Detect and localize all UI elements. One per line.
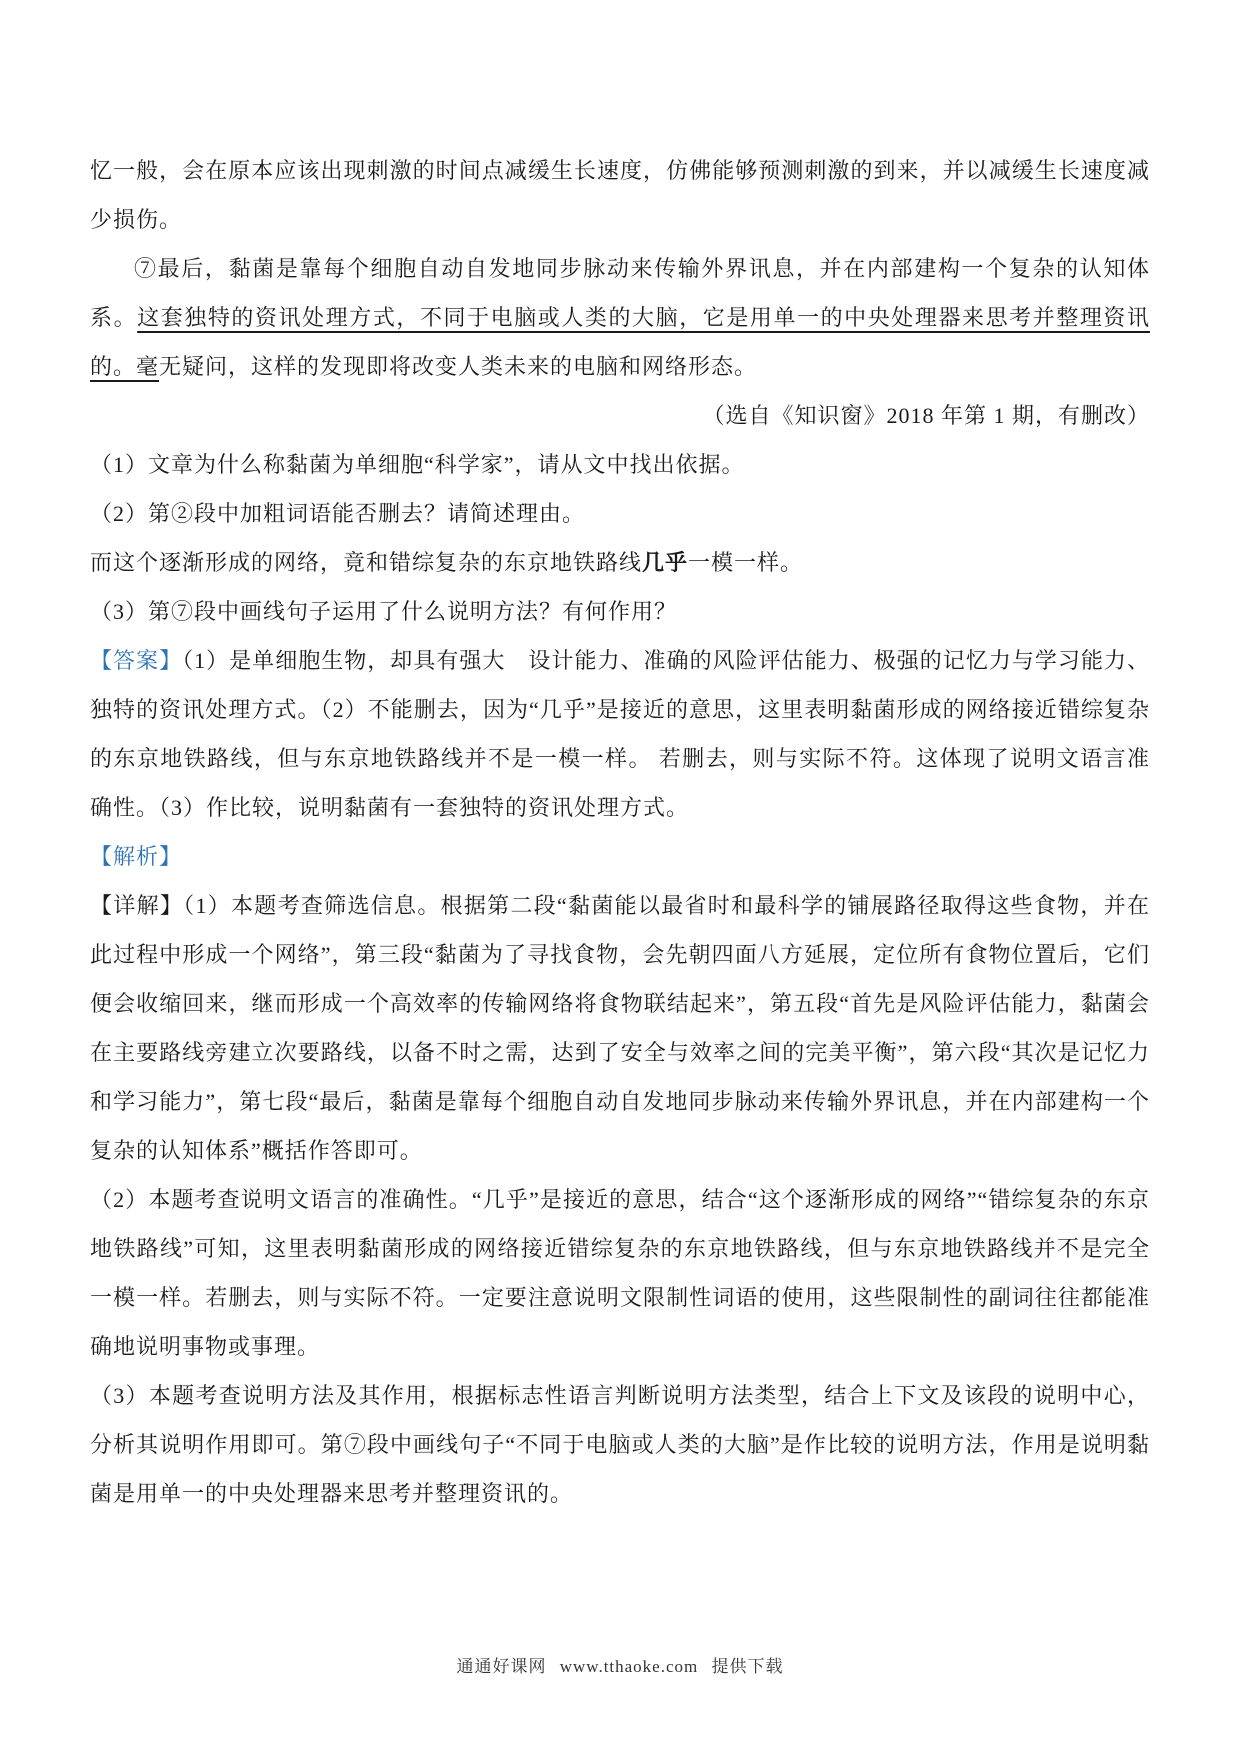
question-1: （1）文章为什么称黏菌为单细胞“科学家”，请从文中找出依据。 xyxy=(90,440,1150,489)
bold-word: 几乎 xyxy=(642,550,688,575)
analysis-label-paragraph: 【解析】 xyxy=(90,832,1150,881)
detail-label: 【详解】 xyxy=(90,893,183,918)
question-3: （3）第⑦段中画线句子运用了什么说明方法？有何作用？ xyxy=(90,587,1150,636)
detail-paragraph-1: 【详解】（1）本题考查筛选信息。根据第二段“黏菌能以最省时和最科学的铺展路径取得… xyxy=(90,881,1150,1175)
detail-paragraph-2: （2）本题考查说明文语言的准确性。“几乎”是接近的意思，结合“这个逐渐形成的网络… xyxy=(90,1175,1150,1371)
page-footer: 通通好课网 www.tthaoke.com 提供下载 xyxy=(0,1652,1240,1677)
question-text: （3）第⑦段中画线句子运用了什么说明方法？有何作用？ xyxy=(90,599,677,624)
question-text: （2）第②段中加粗词语能否删去？请简述理由。 xyxy=(90,501,585,526)
question-2: （2）第②段中加粗词语能否删去？请简述理由。 xyxy=(90,489,1150,538)
paragraph-continuation: 忆一般，会在原本应该出现刺激的时间点减缓生长速度，仿佛能够预测刺激的到来，并以减… xyxy=(90,146,1150,244)
answer-label: 【答案】 xyxy=(90,648,182,673)
quote-text: 一模一样。 xyxy=(688,550,803,575)
quote-text: 而这个逐渐形成的网络，竟和错综复杂的东京地铁路线 xyxy=(90,550,642,575)
body-text: 无疑问，这样的发现即将改变人类未来的电脑和网络形态。 xyxy=(159,354,757,379)
footer-watermark-text: 通通好课网 www.tthaoke.com 提供下载 xyxy=(456,1657,783,1676)
detail-paragraph-3: （3）本题考查说明方法及其作用，根据标志性语言判断说明方法类型，结合上下文及该段… xyxy=(90,1371,1150,1518)
document-page: 忆一般，会在原本应该出现刺激的时间点减缓生长速度，仿佛能够预测刺激的到来，并以减… xyxy=(90,146,1150,1518)
question-text: （1）文章为什么称黏菌为单细胞“科学家”，请从文中找出依据。 xyxy=(90,452,745,477)
answer-text: （1）是单细胞生物，却具有强大 设计能力、准确的风险评估能力、极强的记忆力与学习… xyxy=(90,648,1150,820)
source-text: （选自《知识窗》2018 年第 1 期，有删改） xyxy=(702,403,1150,428)
detail-text: （1）本题考查筛选信息。根据第二段“黏菌能以最省时和最科学的铺展路径取得这些食物… xyxy=(90,893,1150,1163)
analysis-label: 【解析】 xyxy=(90,844,182,869)
question-2-quote: 而这个逐渐形成的网络，竟和错综复杂的东京地铁路线几乎一模一样。 xyxy=(90,538,1150,587)
detail-text: （2）本题考查说明文语言的准确性。“几乎”是接近的意思，结合“这个逐渐形成的网络… xyxy=(90,1187,1150,1359)
answer-paragraph: 【答案】（1）是单细胞生物，却具有强大 设计能力、准确的风险评估能力、极强的记忆… xyxy=(90,636,1150,832)
paragraph-7: ⑦最后，黏菌是靠每个细胞自动自发地同步脉动来传输外界讯息，并在内部建构一个复杂的… xyxy=(90,244,1150,391)
detail-text: （3）本题考查说明方法及其作用，根据标志性语言判断说明方法类型，结合上下文及该段… xyxy=(90,1383,1150,1506)
body-text: 忆一般，会在原本应该出现刺激的时间点减缓生长速度，仿佛能够预测刺激的到来，并以减… xyxy=(90,158,1150,232)
source-attribution: （选自《知识窗》2018 年第 1 期，有删改） xyxy=(90,391,1150,440)
